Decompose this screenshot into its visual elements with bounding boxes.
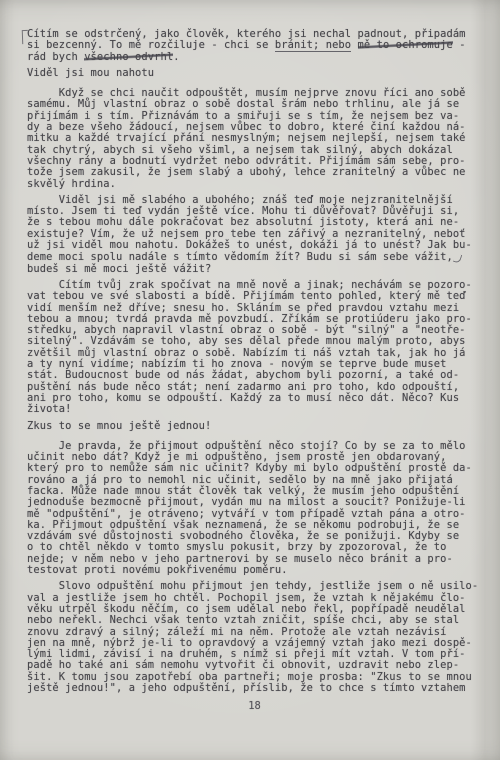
pen-underline-mark: bránit; nebo xyxy=(275,39,351,52)
text-line: testovat proti novému pokřivenému poměru… xyxy=(27,565,482,576)
pen-strike-mark: mě to ochromuje xyxy=(358,39,453,51)
paragraph: Cítím se odstrčený, jako člověk, kterého… xyxy=(27,29,482,63)
paragraph: Když se chci naučit odpouštět, musím nej… xyxy=(27,88,482,190)
text-line: budeš si mě moci ještě vážit? xyxy=(27,264,482,275)
document-page: Cítím se odstrčený, jako člověk, kterého… xyxy=(0,0,500,760)
paragraph: Viděl jsi mě slabého a ubohého; znáš teď… xyxy=(27,195,482,275)
text-line: života! xyxy=(27,404,482,415)
pen-strike-mark: všechno odvrhl xyxy=(84,51,173,63)
paragraph: Slovo odpuštění mohu přijmout jen tehdy,… xyxy=(27,581,482,694)
paragraph: Je pravda, že přijmout odpuštění něco st… xyxy=(27,441,482,577)
text-line: ani pro toho, komu se odpouští. Každý za… xyxy=(27,393,482,404)
page-number: 18 xyxy=(27,701,482,712)
text-line: ještě jednou!", a jeho odpuštění, přísli… xyxy=(27,683,482,694)
text-line: už jsi viděl mou nahotu. Dokážeš to unés… xyxy=(27,240,482,251)
text-line: Zkus to se mnou ještě jednou! xyxy=(27,421,482,432)
text-line: si bezcenný. To mě rozčiluje - chci se b… xyxy=(27,40,482,51)
pen-hook-mark xyxy=(453,253,462,264)
section-heading: Zkus to se mnou ještě jednou! xyxy=(27,421,482,432)
section-heading: Viděl jsi mou nahotu xyxy=(27,68,482,79)
text-block: Cítím se odstrčený, jako člověk, kterého… xyxy=(27,29,482,694)
text-line: rád bych všechno odvrhl. xyxy=(27,52,482,63)
paragraph: Cítím tvůj zrak spočívat na mně nově a j… xyxy=(27,280,482,416)
text-line: Viděl jsi mou nahotu xyxy=(27,68,482,79)
text-line: skvělý hrdina. xyxy=(27,179,482,190)
